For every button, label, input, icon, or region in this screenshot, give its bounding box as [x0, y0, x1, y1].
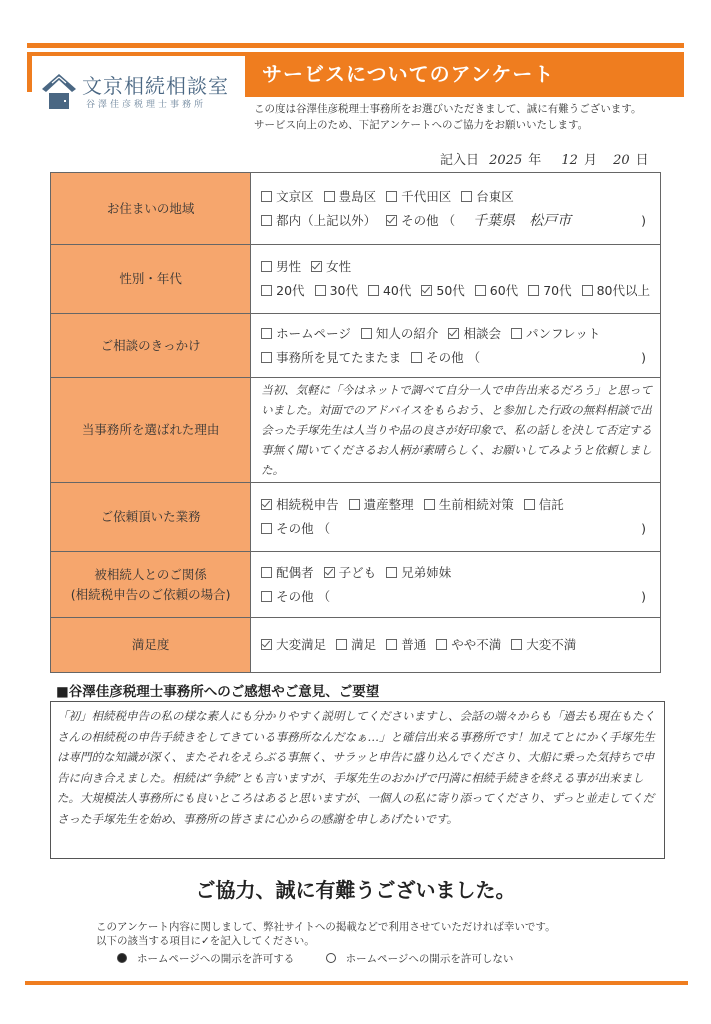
option-label: 文京区: [276, 189, 314, 204]
row-trigger: ご相談のきっかけ ホームページ知人の紹介相談会パンフレット 事務所を見てたまたま…: [51, 314, 661, 378]
option-label: その他 （: [426, 350, 480, 365]
other-value[interactable]: 千葉県 松戸市: [473, 213, 571, 229]
notice-line: このアンケート内容に関しまして、弊社サイトへの掲載などで利用させていただければ幸…: [96, 920, 556, 934]
option-label: 事務所を見てたまたま: [276, 350, 401, 365]
checkbox-empty-icon[interactable]: [368, 285, 379, 296]
comments-handwritten: 「初」相続税申告の私の様な素人にも分かりやすく説明してくださいますし、会話の端々…: [57, 706, 658, 829]
option-checkbox[interactable]: 豊島区: [324, 189, 377, 204]
option-checkbox[interactable]: 70代: [528, 283, 571, 298]
option-checkbox[interactable]: やや不満: [436, 637, 501, 652]
checkbox-empty-icon[interactable]: [528, 285, 539, 296]
row-label-main: 被相続人とのご関係: [51, 565, 250, 585]
row-gender-age: 性別・年代 男性女性 20代30代40代50代60代70代80代以上: [51, 245, 661, 314]
checkbox-checked-icon[interactable]: [311, 261, 322, 272]
checkbox-empty-icon[interactable]: [261, 191, 272, 202]
checkbox-empty-icon[interactable]: [424, 499, 435, 510]
option-checkbox[interactable]: ホームページ: [261, 326, 351, 341]
option-checkbox[interactable]: その他 （: [261, 589, 330, 604]
option-label: 遺産整理: [364, 497, 414, 512]
checkbox-empty-icon[interactable]: [261, 567, 272, 578]
checkbox-empty-icon[interactable]: [261, 285, 272, 296]
checkbox-empty-icon[interactable]: [461, 191, 472, 202]
radio-selected-icon[interactable]: [117, 953, 127, 963]
month-unit: 月: [584, 153, 597, 168]
option-checkbox[interactable]: 大変満足: [261, 637, 326, 652]
checkbox-empty-icon[interactable]: [582, 285, 593, 296]
option-checkbox[interactable]: その他 （: [386, 213, 455, 228]
year-unit: 年: [528, 153, 541, 168]
row-services: ご依頼頂いた業務 相続税申告遺産整理生前相続対策信託 その他 （ ): [51, 483, 661, 552]
option-checkbox[interactable]: 40代: [368, 283, 411, 298]
option-label: 60代: [490, 283, 518, 298]
checkbox-empty-icon[interactable]: [261, 352, 272, 363]
house-logo-icon: [40, 72, 78, 110]
option-checkbox[interactable]: 生前相続対策: [424, 497, 514, 512]
checkbox-empty-icon[interactable]: [261, 523, 272, 534]
option-label: パンフレット: [526, 326, 600, 341]
checkbox-empty-icon[interactable]: [261, 591, 272, 602]
option-checkbox[interactable]: 60代: [475, 283, 518, 298]
option-label: 相続税申告: [276, 497, 339, 512]
row-label-sub: (相続税申告のご依頼の場合): [51, 585, 250, 605]
intro-line: この度は谷澤佳彦税理士事務所をお選びいただきまして、誠に有難うございます。: [254, 101, 641, 117]
options-cell: ホームページ知人の紹介相談会パンフレット 事務所を見てたまたまその他 （ ): [251, 314, 661, 378]
option-label: 30代: [330, 283, 358, 298]
consent-deny[interactable]: ホームページへの開示を許可しない: [326, 953, 514, 965]
checkbox-empty-icon[interactable]: [411, 352, 422, 363]
checkbox-checked-icon[interactable]: [324, 567, 335, 578]
option-checkbox[interactable]: 台東区: [461, 189, 514, 204]
checkbox-empty-icon[interactable]: [315, 285, 326, 296]
checkbox-empty-icon[interactable]: [261, 215, 272, 226]
option-label: 20代: [276, 283, 304, 298]
checkbox-empty-icon[interactable]: [336, 639, 347, 650]
close-paren: ): [641, 209, 646, 233]
option-checkbox[interactable]: 千代田区: [386, 189, 451, 204]
survey-table: お住まいの地域 文京区豊島区千代田区台東区 都内（上記以外）その他 （ 千葉県 …: [50, 172, 661, 673]
option-label: 大変不満: [526, 637, 576, 652]
option-label: やや不満: [451, 637, 501, 652]
close-paren: ): [641, 346, 646, 370]
option-label: 40代: [383, 283, 411, 298]
logo-subtitle: 谷澤佳彦税理士事務所: [86, 97, 206, 110]
option-label: その他 （: [276, 521, 330, 536]
thanks-message: ご協力、誠に有難うございました。: [0, 874, 711, 903]
option-checkbox[interactable]: 文京区: [261, 189, 314, 204]
header-top-rule: [27, 43, 684, 48]
option-label: 配偶者: [276, 565, 314, 580]
option-checkbox[interactable]: 知人の紹介: [361, 326, 439, 341]
option-checkbox[interactable]: 信託: [524, 497, 564, 512]
comments-heading: ■谷澤佳彦税理士事務所へのご感想やご意見、ご要望: [56, 680, 379, 700]
option-label: ホームページ: [276, 326, 351, 341]
option-label: 50代: [436, 283, 464, 298]
consent-deny-label: ホームページへの開示を許可しない: [346, 953, 514, 965]
option-label: 生前相続対策: [439, 497, 514, 512]
option-label: 70代: [543, 283, 571, 298]
option-checkbox[interactable]: 満足: [336, 637, 376, 652]
option-checkbox[interactable]: 配偶者: [261, 565, 314, 580]
checkbox-empty-icon[interactable]: [261, 328, 272, 339]
options-cell: 文京区豊島区千代田区台東区 都内（上記以外）その他 （ 千葉県 松戸市 ): [251, 173, 661, 245]
checkbox-checked-icon[interactable]: [421, 285, 432, 296]
option-label: 80代以上: [597, 283, 650, 298]
day-unit: 日: [636, 153, 649, 168]
row-label: 性別・年代: [51, 245, 251, 314]
option-checkbox[interactable]: 50代: [421, 283, 464, 298]
option-checkbox[interactable]: 相談会: [448, 326, 501, 341]
reason-handwritten: 当初、気軽に「今はネットで調べて自分一人で申告出来るだろう」と思っていました。対…: [261, 378, 660, 482]
option-checkbox[interactable]: 遺産整理: [349, 497, 414, 512]
option-label: 男性: [276, 259, 301, 274]
option-checkbox[interactable]: 子ども: [324, 565, 377, 580]
date-label: 記入日: [440, 153, 479, 168]
option-checkbox[interactable]: 女性: [311, 259, 351, 274]
option-label: 子ども: [339, 565, 377, 580]
row-label: ご相談のきっかけ: [51, 314, 251, 378]
checkbox-empty-icon[interactable]: [475, 285, 486, 296]
row-reason: 当事務所を選ばれた理由 当初、気軽に「今はネットで調べて自分一人で申告出来るだろ…: [51, 378, 661, 483]
checkbox-empty-icon[interactable]: [386, 639, 397, 650]
row-label: ご依頼頂いた業務: [51, 483, 251, 552]
row-label: 満足度: [51, 618, 251, 673]
option-label: 兄弟姉妹: [401, 565, 451, 580]
checkbox-empty-icon[interactable]: [349, 499, 360, 510]
option-label: 豊島区: [339, 189, 377, 204]
options-cell: 配偶者子ども兄弟姉妹 その他 （ ): [251, 552, 661, 618]
row-label: お住まいの地域: [51, 173, 251, 245]
date-year[interactable]: 2025: [489, 153, 522, 168]
option-label: 千代田区: [401, 189, 451, 204]
checkbox-empty-icon[interactable]: [324, 191, 335, 202]
options-cell: 相続税申告遺産整理生前相続対策信託 その他 （ ): [251, 483, 661, 552]
option-checkbox[interactable]: 兄弟姉妹: [386, 565, 451, 580]
checkbox-checked-icon[interactable]: [386, 215, 397, 226]
checkbox-empty-icon[interactable]: [361, 328, 372, 339]
option-checkbox[interactable]: パンフレット: [511, 326, 600, 341]
option-label: 普通: [401, 637, 426, 652]
row-label: 被相続人とのご関係 (相続税申告のご依頼の場合): [51, 552, 251, 618]
option-label: 台東区: [476, 189, 514, 204]
option-checkbox[interactable]: その他 （: [411, 350, 480, 365]
row-residence: お住まいの地域 文京区豊島区千代田区台東区 都内（上記以外）その他 （ 千葉県 …: [51, 173, 661, 245]
radio-empty-icon[interactable]: [326, 953, 336, 963]
close-paren: ): [641, 585, 646, 609]
checkbox-empty-icon[interactable]: [436, 639, 447, 650]
option-label: 相談会: [463, 326, 501, 341]
intro-line: サービス向上のため、下記アンケートへのご協力をお願いいたします。: [254, 117, 641, 133]
entry-date: 記入日 2025年 12月 20日: [440, 149, 649, 168]
option-label: 満足: [351, 637, 376, 652]
checkbox-checked-icon[interactable]: [448, 328, 459, 339]
row-label: 当事務所を選ばれた理由: [51, 378, 251, 483]
option-checkbox[interactable]: 男性: [261, 259, 301, 274]
option-checkbox[interactable]: その他 （: [261, 521, 330, 536]
consent-allow[interactable]: ホームページへの開示を許可する: [117, 953, 298, 965]
close-paren: ): [641, 517, 646, 541]
comments-box[interactable]: 「初」相続税申告の私の様な素人にも分かりやすく説明してくださいますし、会話の端々…: [50, 701, 665, 859]
checkbox-checked-icon[interactable]: [261, 499, 272, 510]
option-checkbox[interactable]: 30代: [315, 283, 358, 298]
intro-text: この度は谷澤佳彦税理士事務所をお選びいただきまして、誠に有難うございます。 サー…: [254, 101, 641, 133]
option-label: 大変満足: [276, 637, 326, 652]
option-label: その他 （: [401, 213, 455, 228]
option-checkbox[interactable]: 相続税申告: [261, 497, 339, 512]
reason-cell[interactable]: 当初、気軽に「今はネットで調べて自分一人で申告出来るだろう」と思っていました。対…: [251, 378, 661, 483]
option-checkbox[interactable]: 都内（上記以外）: [261, 213, 376, 228]
options-cell: 男性女性 20代30代40代50代60代70代80代以上: [251, 245, 661, 314]
option-checkbox[interactable]: 20代: [261, 283, 304, 298]
consent-allow-label: ホームページへの開示を許可する: [137, 953, 294, 965]
checkbox-empty-icon[interactable]: [511, 328, 522, 339]
logo-name: 文京相続相談室: [82, 70, 229, 99]
option-checkbox[interactable]: 普通: [386, 637, 426, 652]
page-title: サービスについてのアンケート: [262, 58, 554, 87]
option-checkbox[interactable]: 事務所を見てたまたま: [261, 350, 401, 365]
option-checkbox[interactable]: 大変不満: [511, 637, 576, 652]
row-relationship: 被相続人とのご関係 (相続税申告のご依頼の場合) 配偶者子ども兄弟姉妹 その他 …: [51, 552, 661, 618]
option-label: 信託: [539, 497, 564, 512]
date-day[interactable]: 20: [613, 153, 630, 168]
checkbox-empty-icon[interactable]: [261, 261, 272, 272]
consent-options: ホームページへの開示を許可する ホームページへの開示を許可しない: [117, 951, 513, 966]
checkbox-empty-icon[interactable]: [524, 499, 535, 510]
checkbox-empty-icon[interactable]: [386, 567, 397, 578]
date-month[interactable]: 12: [561, 153, 578, 168]
checkbox-checked-icon[interactable]: [261, 639, 272, 650]
option-checkbox[interactable]: 80代以上: [582, 283, 650, 298]
publish-notice: このアンケート内容に関しまして、弊社サイトへの掲載などで利用させていただければ幸…: [96, 920, 556, 948]
option-label: 知人の紹介: [376, 326, 439, 341]
footer-rule: [25, 981, 688, 985]
option-label: 女性: [326, 259, 351, 274]
option-label: その他 （: [276, 589, 330, 604]
row-satisfaction: 満足度 大変満足満足普通やや不満大変不満: [51, 618, 661, 673]
options-cell: 大変満足満足普通やや不満大変不満: [251, 618, 661, 673]
option-label: 都内（上記以外）: [276, 213, 376, 228]
checkbox-empty-icon[interactable]: [511, 639, 522, 650]
notice-line: 以下の該当する項目に✓を記入してください。: [96, 934, 556, 948]
checkbox-empty-icon[interactable]: [386, 191, 397, 202]
